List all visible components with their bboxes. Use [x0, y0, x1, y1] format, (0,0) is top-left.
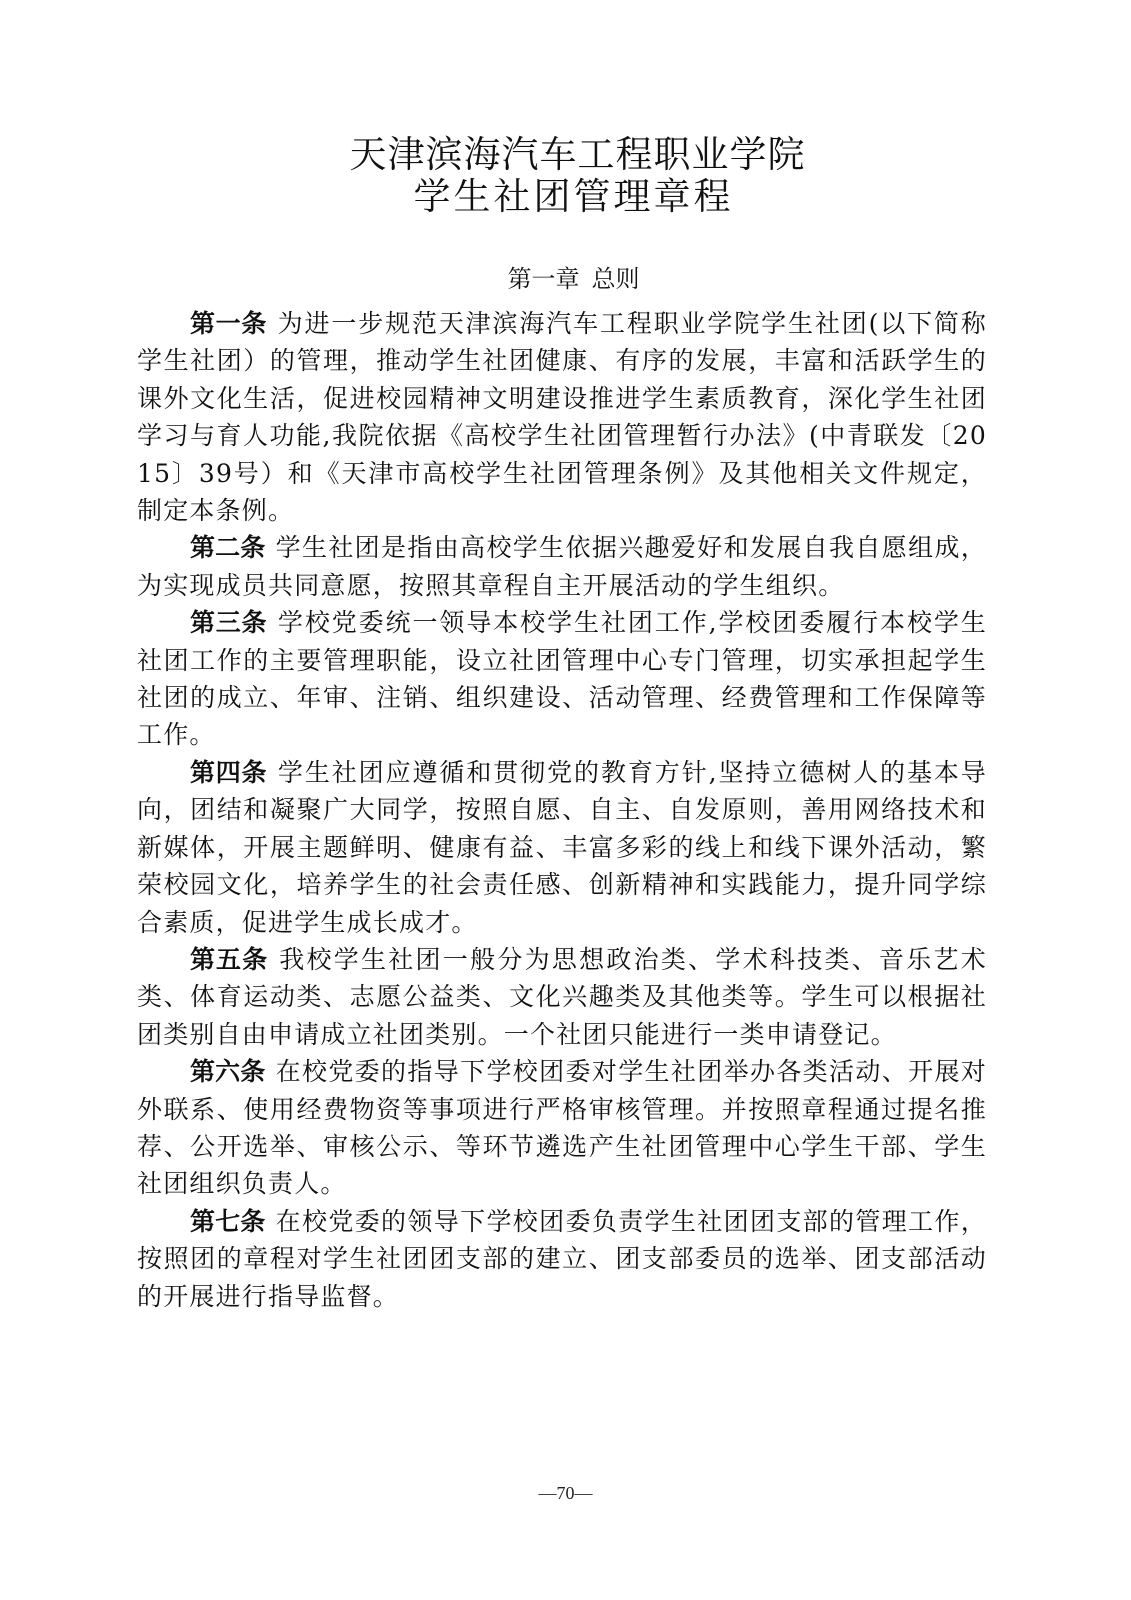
document-body: 第一条为进一步规范天津滨海汽车工程职业学院学生社团(以下简称学生社团）的管理，推…: [137, 305, 987, 1315]
article-7: 第七条在校党委的领导下学校团委负责学生社团团支部的管理工作，按照团的章程对学生社…: [137, 1203, 987, 1315]
document-title-line2: 学生社团管理章程: [8, 176, 1131, 218]
article-label: 第五条: [190, 945, 268, 974]
article-2: 第二条学生社团是指由高校学生依据兴趣爱好和发展自我自愿组成，为实现成员共同意愿，…: [137, 529, 987, 604]
article-5: 第五条我校学生社团一般分为思想政治类、学术科技类、音乐艺术类、体育运动类、志愿公…: [137, 941, 987, 1053]
article-label: 第七条: [190, 1207, 265, 1236]
article-3: 第三条学校党委统一领导本校学生社团工作,学校团委履行本校学生社团工作的主要管理职…: [137, 604, 987, 754]
document-page: 天津滨海汽车工程职业学院 学生社团管理章程 第一章总则 第一条为进一步规范天津滨…: [0, 0, 1131, 1600]
article-label: 第四条: [190, 758, 267, 787]
chapter-number: 第一章: [508, 265, 580, 293]
article-label: 第六条: [190, 1057, 265, 1086]
article-1: 第一条为进一步规范天津滨海汽车工程职业学院学生社团(以下简称学生社团）的管理，推…: [137, 305, 987, 529]
article-text: 为进一步规范天津滨海汽车工程职业学院学生社团(以下简称学生社团）的管理，推动学生…: [137, 309, 987, 525]
article-4: 第四条学生社团应遵循和贯彻党的教育方针,坚持立德树人的基本导向，团结和凝聚广大同…: [137, 754, 987, 941]
chapter-heading: 第一章总则: [8, 262, 1131, 296]
article-label: 第二条: [190, 533, 265, 562]
document-title-line1: 天津滨海汽车工程职业学院: [12, 134, 1131, 176]
article-label: 第一条: [190, 309, 267, 338]
page-number: —70—: [0, 1482, 1131, 1504]
chapter-name: 总则: [592, 265, 640, 293]
article-6: 第六条在校党委的指导下学校团委对学生社团举办各类活动、开展对外联系、使用经费物资…: [137, 1053, 987, 1203]
article-label: 第三条: [190, 608, 267, 637]
